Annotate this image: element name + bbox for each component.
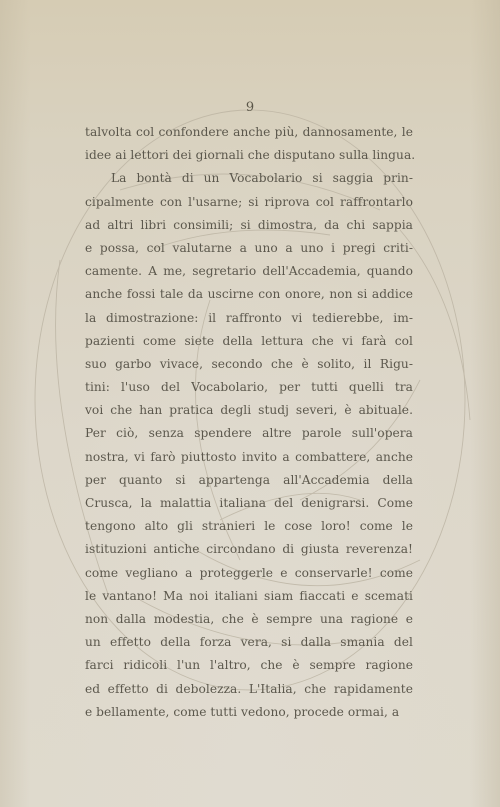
text-line: Crusca, la malattia italiana del denigra… [85,492,413,515]
text-line: un effetto della forza vera, si dalla sm… [85,631,413,654]
text-line: camente. A me, segretario dell'Accademia… [85,260,413,283]
text-line: ed effetto di debolezza. L'Italia, che r… [85,678,413,701]
text-line: idee ai lettori dei giornali che disputa… [85,144,413,167]
text-line: nostra, vi farò piuttosto invito a comba… [85,446,413,469]
text-line: le vantano! Ma noi italiani siam fiaccat… [85,585,413,608]
text-line: farci ridicoli l'un l'altro, che è sempr… [85,654,413,677]
book-page: 9 talvolta col confondere anche più, dan… [0,0,500,807]
text-line: tengono alto gli stranieri le cose loro!… [85,515,413,538]
text-line: Per ciò, senza spendere altre parole sul… [85,422,413,445]
text-line: voi che han pratica degli studj severi, … [85,399,413,422]
paragraph-first-line: La bontà di un Vocabolario si saggia pri… [85,167,413,190]
page-number: 9 [0,100,500,115]
text-line: e possa, col valutarne a uno a uno i pre… [85,237,413,260]
page-edge-shadow-left [0,0,30,807]
text-line: come vegliano a proteggerle e conservarl… [85,562,413,585]
text-line: e bellamente, come tutti vedono, procede… [85,701,413,724]
text-line: cipalmente con l'usarne; si riprova col … [85,191,413,214]
text-line: per quanto si appartenga all'Accademia d… [85,469,413,492]
text-line: pazienti come siete della lettura che vi… [85,330,413,353]
text-line: la dimostrazione: il raffronto vi tedier… [85,307,413,330]
text-line: tini: l'uso del Vocabolario, per tutti q… [85,376,413,399]
text-line: anche fossi tale da uscirne con onore, n… [85,283,413,306]
text-line: talvolta col confondere anche più, danno… [85,121,413,144]
text-line: suo garbo vivace, secondo che è solito, … [85,353,413,376]
text-line: istituzioni antiche circondano di giusta… [85,538,413,561]
text-line: non dalla modestia, che è sempre una rag… [85,608,413,631]
text-line: ad altri libri consimili; si dimostra, d… [85,214,413,237]
body-text: talvolta col confondere anche più, danno… [85,121,413,724]
page-edge-shadow-right [470,0,500,807]
